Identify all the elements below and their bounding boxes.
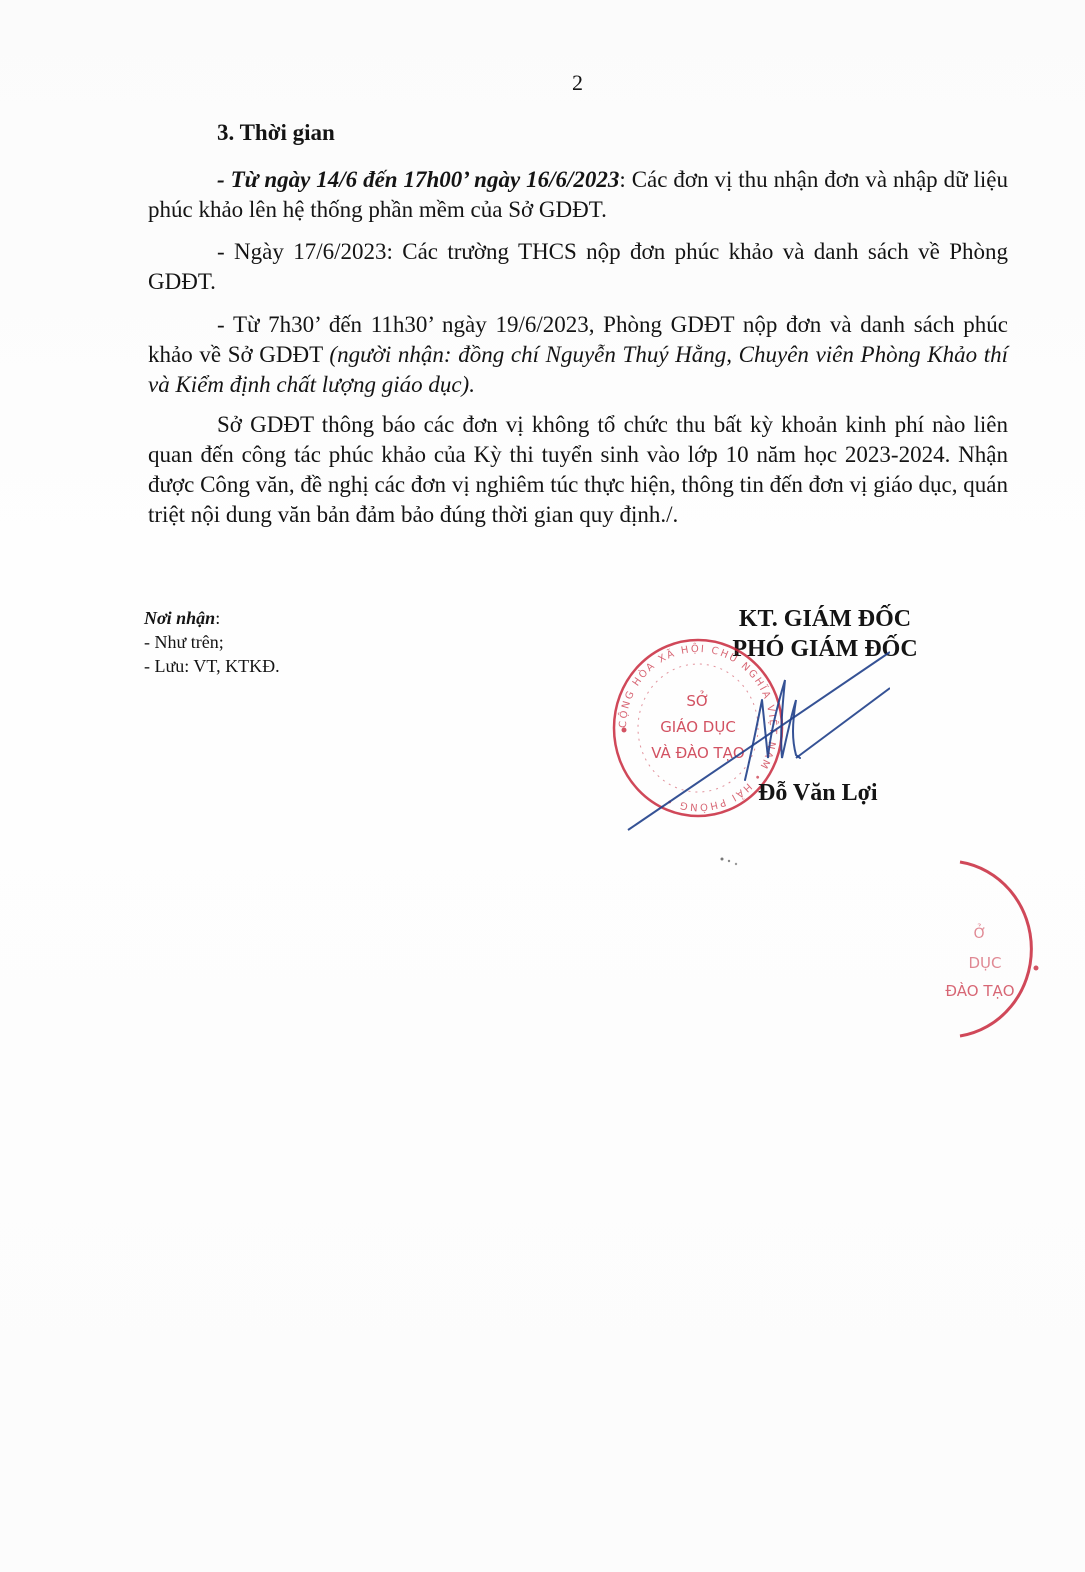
- handwritten-signature-icon: [620, 640, 890, 840]
- seal-line: SỞ: [686, 690, 709, 710]
- signer-name: Đỗ Văn Lợi: [758, 780, 878, 807]
- seal-line: GIÁO DỤC: [660, 717, 736, 736]
- section-heading: 3. Thời gian: [217, 120, 335, 146]
- page-number: 2: [0, 70, 1085, 96]
- svg-text:CỘNG HÒA XÃ HỘI CHỦ NGHĨA VIỆT: CỘNG HÒA XÃ HỘI CHỦ NGHĨA VIỆT NAM • HẢI…: [617, 642, 781, 814]
- partial-seal-line: ĐÀO TẠO: [945, 981, 1014, 1000]
- signature-position: PHÓ GIÁM ĐỐC: [700, 634, 950, 664]
- paragraph-notice: Sở GDĐT thông báo các đơn vị không tổ ch…: [148, 410, 1008, 530]
- signature-block: KT. GIÁM ĐỐC PHÓ GIÁM ĐỐC: [700, 604, 950, 664]
- paragraph-emphasis: - Từ ngày 14/6 đến 17h00’ ngày 16/6/2023: [217, 167, 619, 192]
- recipients-title: Nơi nhận: [144, 608, 215, 628]
- seal-line: VÀ ĐÀO TẠO: [651, 743, 745, 762]
- paragraph-text: Sở GDĐT thông báo các đơn vị không tổ ch…: [148, 410, 1008, 530]
- partial-seal-line: Ở: [974, 923, 987, 942]
- recipient-item: - Như trên;: [144, 630, 280, 654]
- stray-ink-marks: [718, 855, 748, 867]
- seal-ring-text: CỘNG HÒA XÃ HỘI CHỦ NGHĨA VIỆT NAM • HẢI…: [617, 642, 781, 814]
- partial-seal-icon: Ở DỤC ĐÀO TẠO: [900, 858, 1050, 1040]
- paragraph-deadline-entry: - Từ ngày 14/6 đến 17h00’ ngày 16/6/2023…: [148, 165, 1008, 225]
- document-page: 2 3. Thời gian - Từ ngày 14/6 đến 17h00’…: [0, 0, 1085, 1572]
- signature-title: KT. GIÁM ĐỐC: [700, 604, 950, 634]
- partial-seal-line: DỤC: [968, 954, 1001, 972]
- paragraph-text: - Ngày 17/6/2023: Các trường THCS nộp đơ…: [148, 237, 1008, 297]
- recipient-item: - Lưu: VT, KTKĐ.: [144, 654, 280, 678]
- recipients-block: Nơi nhận: - Như trên; - Lưu: VT, KTKĐ.: [144, 606, 280, 678]
- recipients-title-suffix: :: [215, 608, 220, 628]
- paragraph-school-submission: - Ngày 17/6/2023: Các trường THCS nộp đơ…: [148, 237, 1008, 297]
- paragraph-office-submission: - Từ 7h30’ đến 11h30’ ngày 19/6/2023, Ph…: [148, 310, 1008, 400]
